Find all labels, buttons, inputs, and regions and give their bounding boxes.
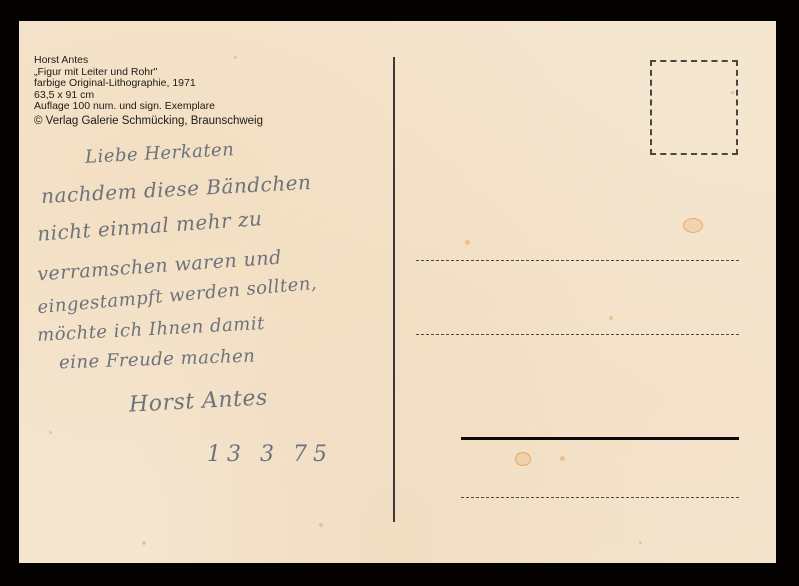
paper-stain: [142, 541, 146, 545]
handwritten-line-3: nicht einmal mehr zu: [36, 206, 263, 246]
handwritten-line-1: Liebe Herkaten: [85, 139, 235, 168]
paper-stain: [49, 431, 52, 434]
paper-stain: [609, 316, 613, 320]
address-line-1: [416, 260, 739, 261]
publisher-credit: © Verlag Galerie Schmücking, Braunschwei…: [34, 116, 263, 128]
postcard: Horst Antes „Figur mit Leiter und Rohr" …: [19, 21, 776, 563]
paper-stain: [319, 523, 323, 527]
stamp-box: [650, 60, 738, 155]
artist-name: Horst Antes: [34, 55, 263, 67]
paper-stain: [465, 240, 470, 245]
center-divider: [393, 57, 395, 522]
artwork-edition: Auflage 100 num. und sign. Exemplare: [34, 101, 263, 113]
handwritten-line-2: nachdem diese Bändchen: [41, 170, 312, 208]
handwritten-date: 13 3 75: [207, 442, 333, 467]
artwork-imprint: Horst Antes „Figur mit Leiter und Rohr" …: [34, 55, 263, 127]
handwritten-signature: Horst Antes: [128, 385, 268, 417]
paper-stain: [639, 541, 642, 544]
artwork-technique: farbige Original-Lithographie, 1971: [34, 78, 263, 90]
paper-stain: [683, 218, 703, 233]
paper-stain: [560, 456, 565, 461]
paper-stain: [234, 56, 237, 59]
paper-stain: [515, 452, 531, 466]
handwritten-line-7: eine Freude machen: [59, 346, 256, 374]
paper-stain: [730, 91, 735, 94]
address-line-country: [461, 497, 739, 498]
address-line-city: [461, 437, 739, 440]
address-line-2: [416, 334, 739, 335]
handwritten-line-6: möchte ich Ihnen damit: [37, 313, 266, 346]
